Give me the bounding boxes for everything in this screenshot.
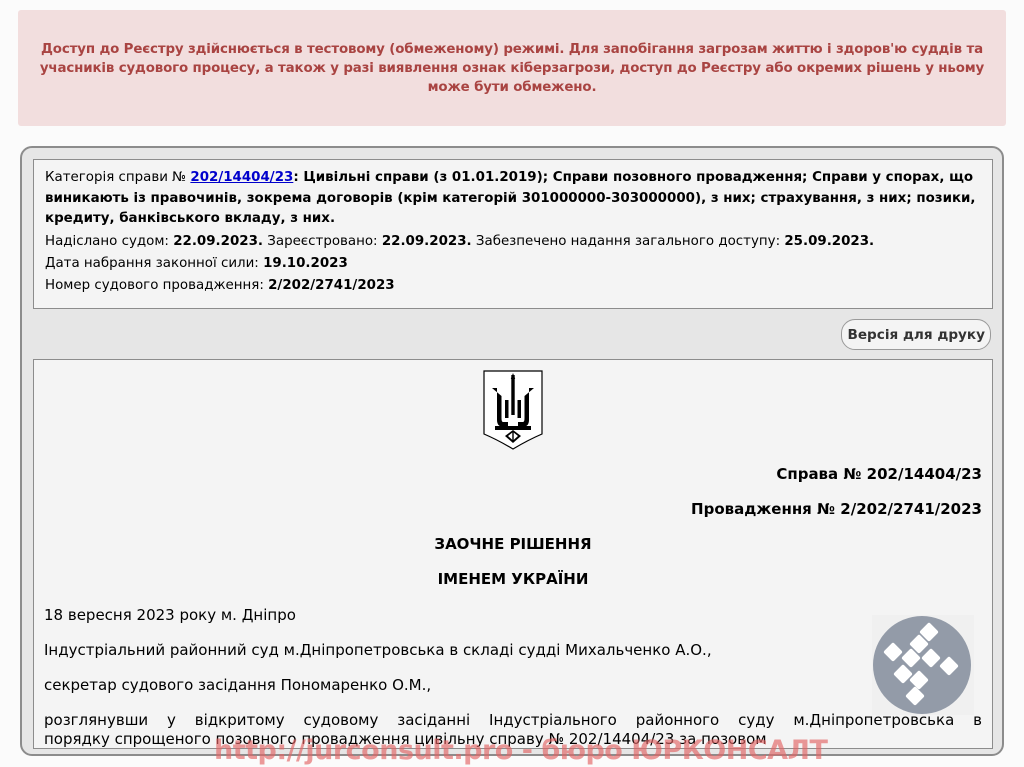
registered-date: 22.09.2023.: [382, 234, 472, 249]
sent-date: 22.09.2023.: [173, 234, 263, 249]
case-number-link[interactable]: 202/14404/23: [190, 170, 293, 185]
case-dates: Надіслано судом: 22.09.2023. Зареєстрова…: [45, 231, 981, 253]
decision-body-line: розглянувши у відкритому судовому засіда…: [44, 710, 982, 730]
decision-body-line: порядку спрощеного позовного провадження…: [44, 729, 982, 749]
registry-notice-banner: Доступ до Реєстру здійснюється в тестово…: [18, 10, 1006, 126]
case-number-heading: Справа № 202/14404/23: [776, 465, 982, 483]
legal-force-date: 19.10.2023: [263, 256, 348, 271]
puzzle-badge-icon: [872, 615, 974, 715]
decision-container: Категорія справи № 202/14404/23: Цивільн…: [20, 146, 1004, 756]
court-secretary: секретар судового засідання Пономаренко …: [44, 675, 982, 695]
decision-date-place: 18 вересня 2023 року м. Дніпро: [44, 605, 982, 625]
proceeding-number-row: Номер судового провадження: 2/202/2741/2…: [45, 275, 981, 297]
ukraine-coat-of-arms-icon: [483, 370, 543, 450]
decision-subtitle: ІМЕНЕМ УКРАЇНИ: [34, 570, 992, 588]
print-version-button[interactable]: Версія для друку: [841, 319, 991, 350]
court-composition: Індустріальний районний суд м.Дніпропетр…: [44, 640, 982, 660]
proceeding-number: 2/202/2741/2023: [268, 278, 394, 293]
decision-title: ЗАОЧНЕ РІШЕННЯ: [34, 535, 992, 553]
registry-notice-text: Доступ до Реєстру здійснюється в тестово…: [34, 40, 990, 97]
case-category: Категорія справи № 202/14404/23: Цивільн…: [45, 168, 981, 230]
decision-document: Справа № 202/14404/23 Провадження № 2/20…: [33, 359, 993, 749]
case-info-panel: Категорія справи № 202/14404/23: Цивільн…: [33, 159, 993, 309]
legal-force-date-row: Дата набрання законної сили: 19.10.2023: [45, 253, 981, 275]
proceeding-number-heading: Провадження № 2/202/2741/2023: [691, 500, 982, 518]
public-access-date: 25.09.2023.: [784, 234, 874, 249]
